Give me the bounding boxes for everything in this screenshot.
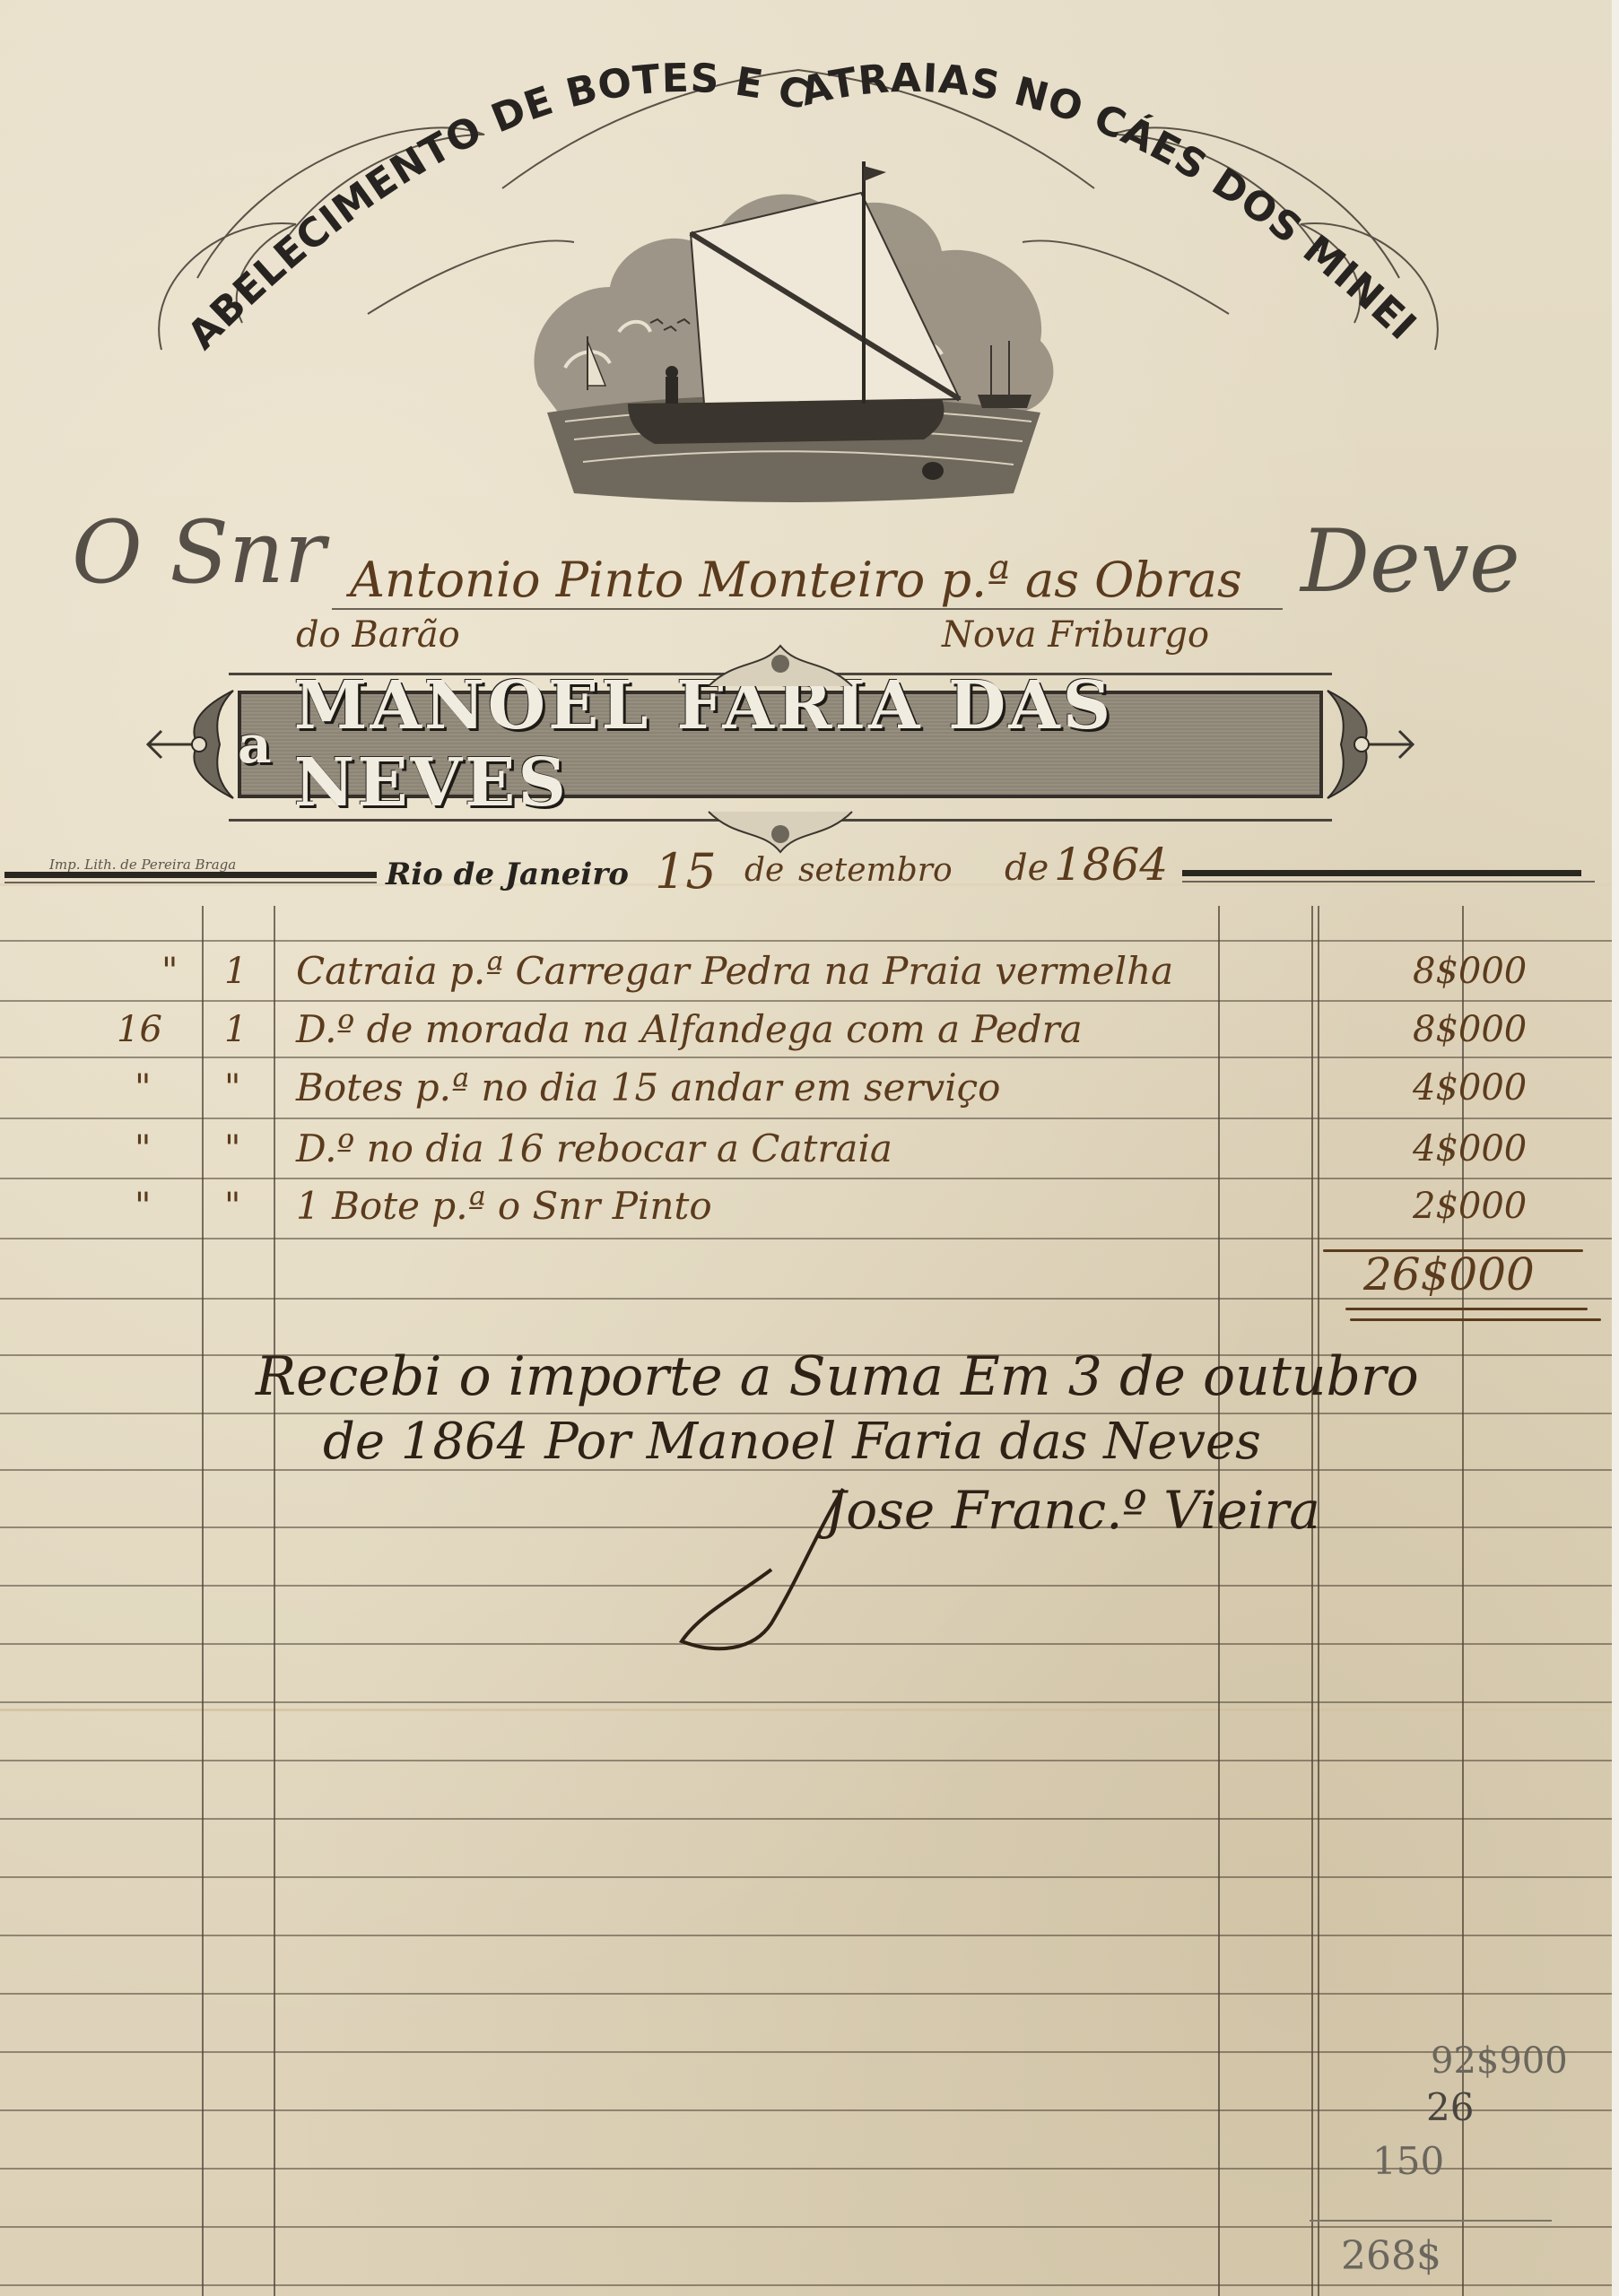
date-day: 15 xyxy=(655,843,717,900)
ruled-line xyxy=(0,2051,1612,2053)
address-rule xyxy=(332,608,1283,610)
item-qty: 1 xyxy=(224,1009,247,1050)
item-day: " xyxy=(135,1186,151,1227)
ruled-line xyxy=(0,1701,1612,1703)
date-line: Imp. Lith. de Pereira Braga Rio de Janei… xyxy=(0,857,1612,910)
ledger-table: " 1 Catraia p.ª Carregar Pedra na Praia … xyxy=(0,906,1612,2296)
sailing-boat-engraving xyxy=(511,152,1067,511)
ruled-line xyxy=(0,2226,1612,2228)
ruled-line xyxy=(0,2284,1612,2286)
ruled-line xyxy=(0,1178,1612,1179)
pencil-calc-line-1: 92$900 xyxy=(1431,2040,1568,2082)
item-description: Catraia p.ª Carregar Pedra na Praia verm… xyxy=(296,949,1173,993)
crest-ornament-bottom-icon xyxy=(700,807,861,857)
acanthus-ornament-left-icon xyxy=(144,682,242,807)
receipt-signature: Jose Franc.º Vieira xyxy=(825,1480,1320,1541)
printed-salutation: O Snr xyxy=(72,502,326,603)
rule-right-thin xyxy=(1182,881,1595,883)
printed-deve: Deve xyxy=(1301,511,1520,612)
acanthus-ornament-right-icon xyxy=(1319,682,1417,807)
ruled-line xyxy=(0,1118,1612,1119)
item-qty: " xyxy=(224,1186,240,1227)
merchant-name: a MANOEL FARIA DAS NEVES xyxy=(238,691,1323,798)
ruled-line xyxy=(0,1238,1612,1239)
ruled-line xyxy=(0,1760,1612,1761)
merchant-banner: a MANOEL FARIA DAS NEVES xyxy=(144,655,1417,834)
column-rule-day xyxy=(202,906,204,2296)
addressee-block: O Snr Deve Antonio Pinto Monteiro p.ª as… xyxy=(54,502,1579,646)
ruled-line xyxy=(0,2168,1612,2170)
date-de-2: de xyxy=(1005,848,1049,889)
item-description: D.º de morada na Alfandega com a Pedra xyxy=(296,1007,1083,1051)
date-de-1: de xyxy=(744,852,784,889)
scan-margin xyxy=(1612,0,1619,2296)
item-day: 16 xyxy=(117,1009,162,1050)
column-rule-qty xyxy=(274,906,275,2296)
total-double-underline-2 xyxy=(1350,1318,1601,1321)
receipt-line-2: de 1864 Por Manoel Faria das Neves xyxy=(323,1413,1261,1471)
date-year: 1864 xyxy=(1054,839,1168,891)
receipt-line-1: Recebi o importe a Suma Em 3 de outubro xyxy=(256,1345,1419,1408)
ruled-line xyxy=(0,1876,1612,1878)
item-description: Botes p.ª no dia 15 andar em serviço xyxy=(296,1065,1000,1109)
item-qty: " xyxy=(224,1128,240,1170)
ruled-line xyxy=(0,1818,1612,1820)
item-qty: " xyxy=(224,1067,240,1109)
ruled-line xyxy=(0,1057,1612,1058)
ruled-line xyxy=(0,2109,1612,2111)
item-amount: 4$000 xyxy=(1413,1128,1527,1170)
ruled-line xyxy=(0,1935,1612,1936)
item-day: " xyxy=(135,1067,151,1109)
rule-left xyxy=(4,872,377,878)
pencil-calc-line-2: 26 xyxy=(1426,2085,1474,2129)
addressee-place: do Barão xyxy=(296,614,460,656)
column-rule-sub-2 xyxy=(1318,906,1319,2296)
ruled-line xyxy=(0,1000,1612,1002)
item-amount: 8$000 xyxy=(1413,1009,1527,1050)
signature-flourish xyxy=(664,1480,879,1659)
ruled-line xyxy=(0,940,1612,942)
column-rule-desc-end xyxy=(1218,906,1220,2296)
item-amount: 4$000 xyxy=(1413,1067,1527,1109)
pencil-sum-rule xyxy=(1310,2220,1552,2222)
addressee-town: Nova Friburgo xyxy=(942,614,1209,656)
city-label: Rio de Janeiro xyxy=(386,857,629,892)
date-month: setembro xyxy=(798,852,953,889)
pencil-calc-result: 268$ xyxy=(1341,2233,1441,2279)
column-rule-sub-1 xyxy=(1311,906,1313,2296)
total-double-underline-1 xyxy=(1345,1308,1588,1310)
pencil-calc-line-3: 150 xyxy=(1372,2139,1444,2183)
printer-credit: Imp. Lith. de Pereira Braga xyxy=(49,857,236,873)
item-qty: 1 xyxy=(224,951,247,992)
item-amount: 2$000 xyxy=(1413,1186,1527,1227)
addressee-name: Antonio Pinto Monteiro p.ª as Obras xyxy=(350,552,1242,608)
item-amount: 8$000 xyxy=(1413,951,1527,992)
item-day: " xyxy=(135,1128,151,1170)
invoice-page: ESTABELECIMENTO DE BOTES E CATRAIAS NO C… xyxy=(0,0,1614,2296)
rule-right xyxy=(1182,870,1581,876)
item-day: " xyxy=(161,951,178,992)
rule-left-thin xyxy=(4,882,377,883)
item-description: 1 Bote p.ª o Snr Pinto xyxy=(296,1184,712,1228)
crest-ornament-top-icon xyxy=(700,641,861,691)
item-description: D.º no dia 16 rebocar a Catraia xyxy=(296,1126,892,1170)
ruled-line xyxy=(0,1993,1612,1995)
invoice-total: 26$000 xyxy=(1363,1248,1535,1300)
